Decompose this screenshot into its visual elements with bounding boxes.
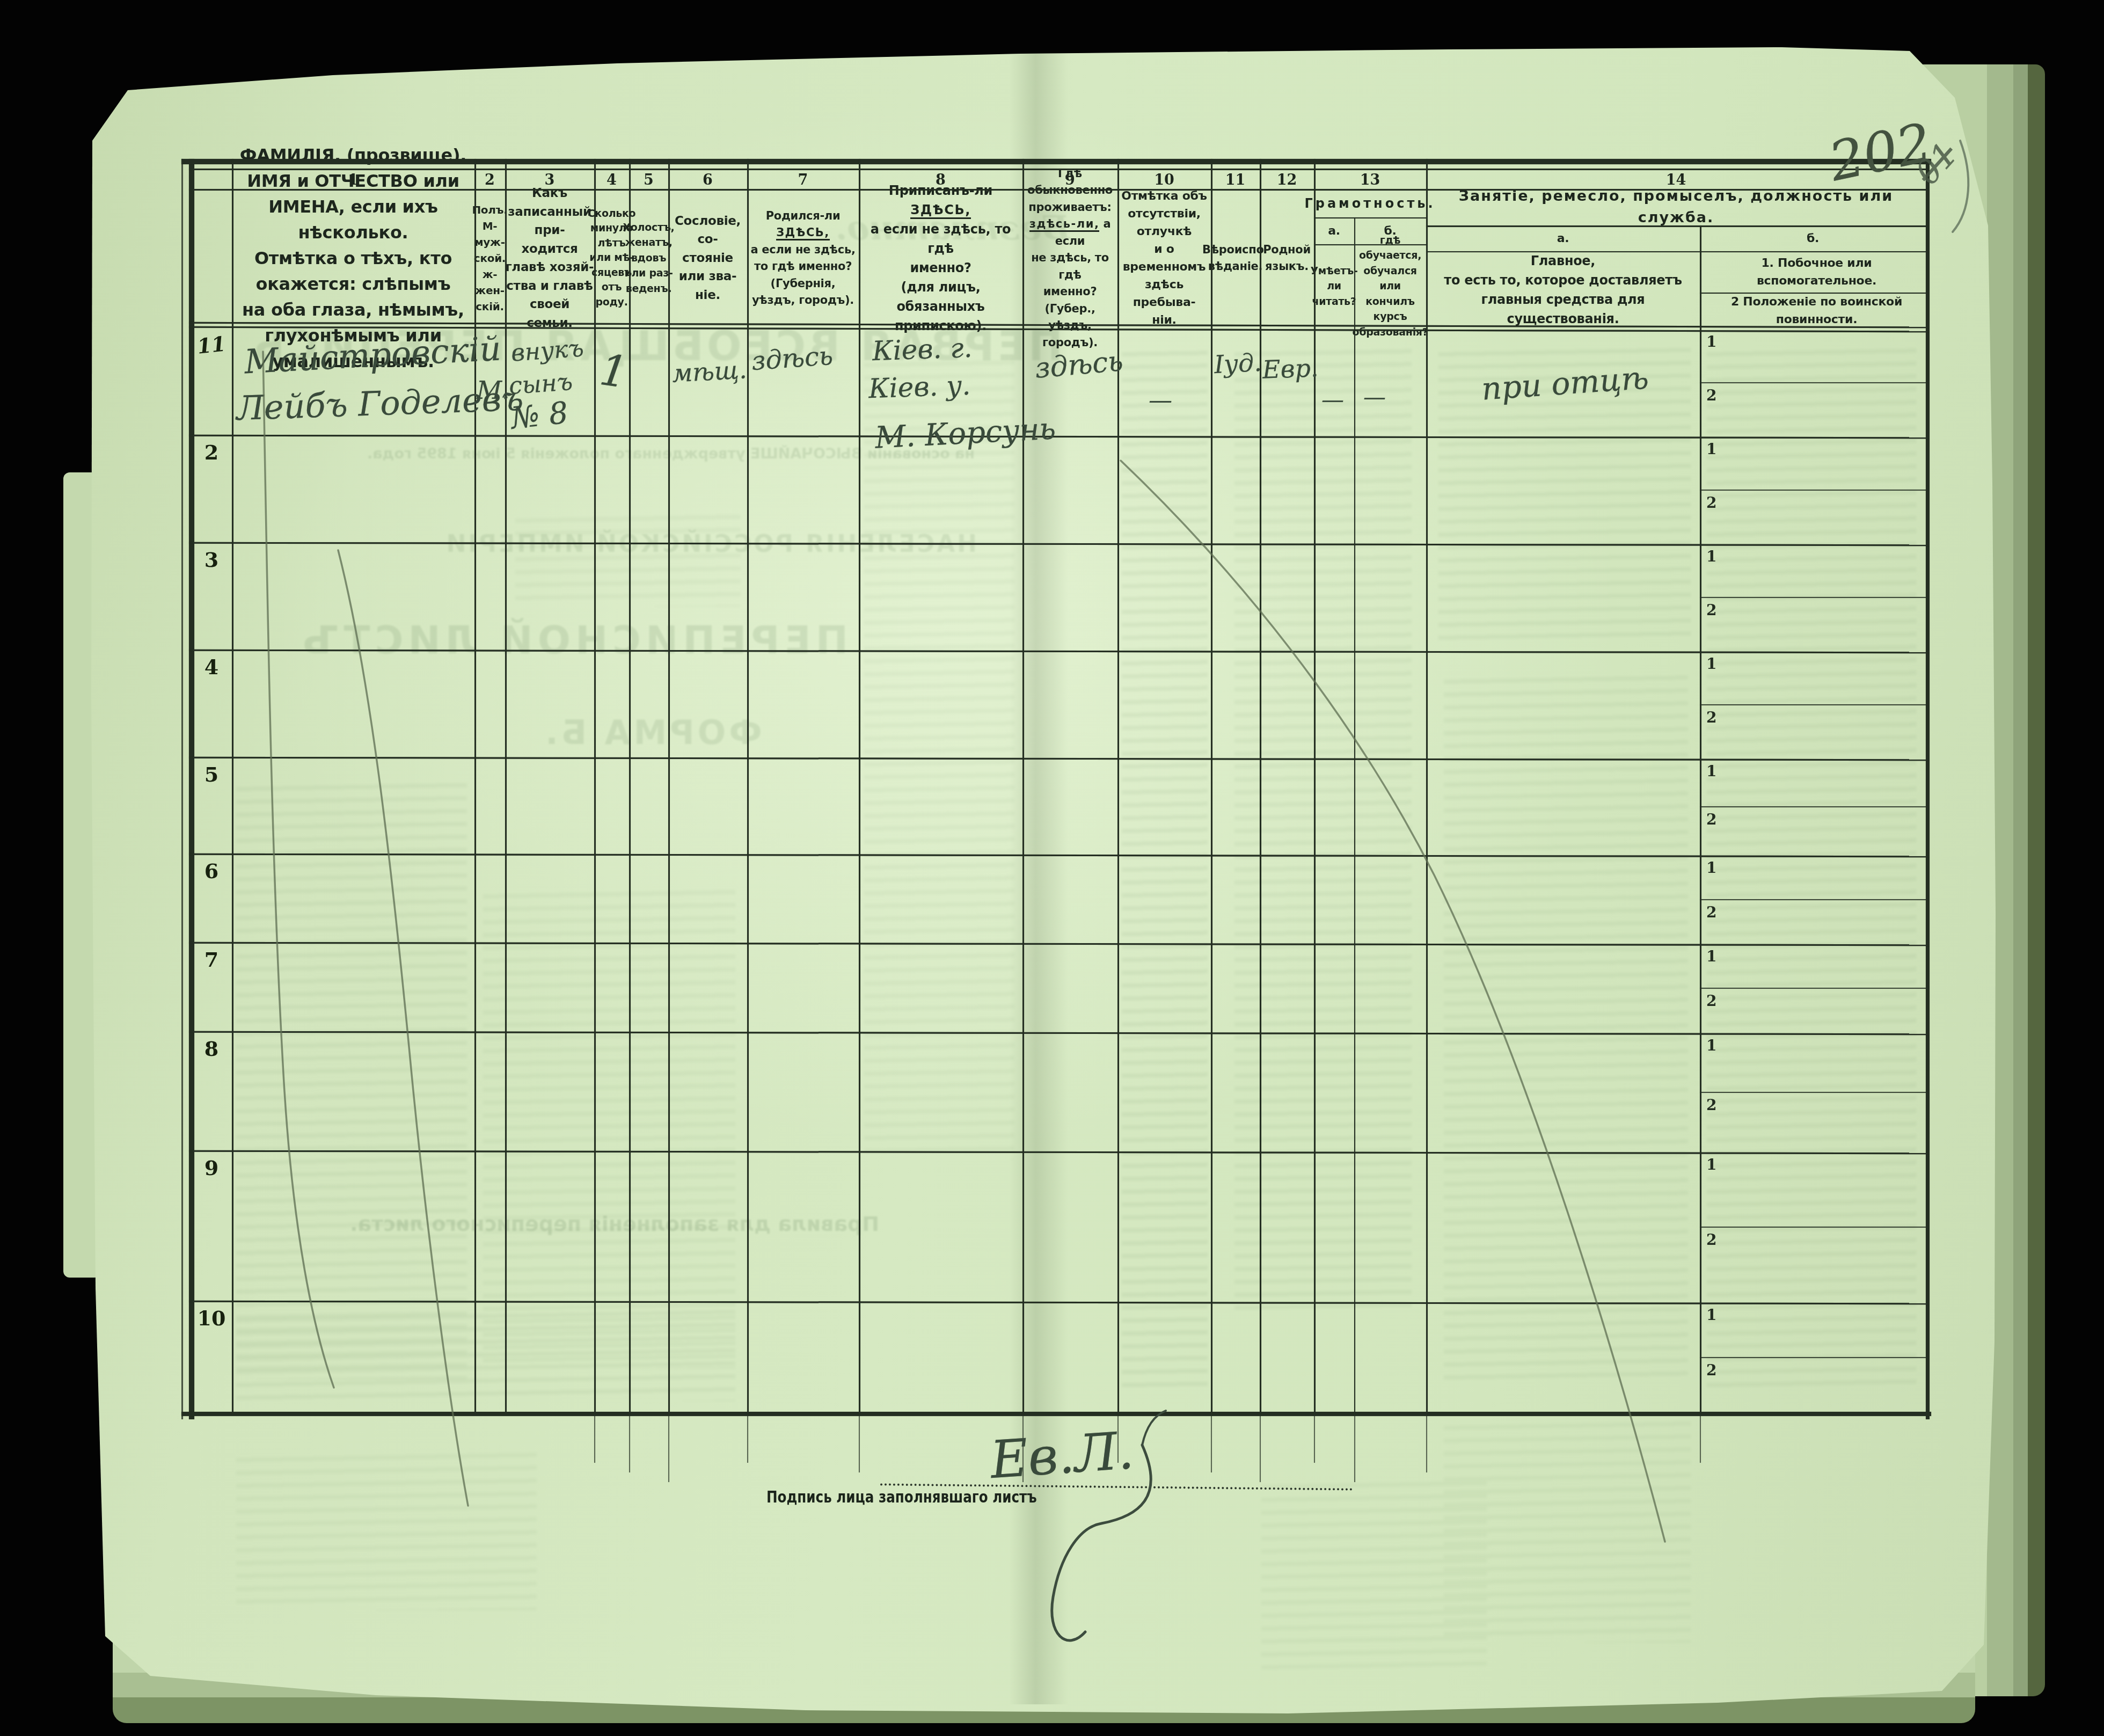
entry-birthplace: здѣсь [750, 341, 834, 376]
column-header-13a: Умѣетъ- ли читать? [1314, 244, 1354, 329]
column-header-8-underlined: ЗДѢСЬ, [910, 202, 971, 219]
grid-line [189, 169, 1929, 170]
subrow-label: 1 [1706, 947, 1728, 967]
scan-background: Безплатно. ПЕРВАЯ ВСЕОБЩАЯ ПЕРЕПИСЬ на о… [0, 0, 2104, 1736]
grid-line [594, 1412, 595, 1463]
subrow-label: 2 [1706, 601, 1728, 621]
entry-age: 1 [597, 345, 631, 398]
entry-absence-mark: — [1149, 386, 1172, 414]
subrow-label: 1 [1706, 440, 1728, 459]
grid-line [1700, 988, 1926, 989]
grid-line [1426, 251, 1926, 252]
column-number: 9 [1022, 172, 1117, 190]
bleed-list-title: ПЕРЕПИСНОЙ ЛИСТЪ [472, 617, 848, 662]
grid-line [1700, 597, 1926, 598]
signature-label: Подпись лица заполнявшаго листъ [766, 1488, 1037, 1507]
subrow-label: 1 [1706, 333, 1728, 352]
subrow-label: 1 [1706, 1037, 1728, 1056]
bleed-form-label: ФОРМА Б. [537, 713, 768, 752]
grid-line [1426, 225, 1926, 227]
row-number: 7 [194, 947, 229, 972]
grid-line [1426, 159, 1428, 1412]
subrow-label: 1 [1706, 1156, 1728, 1175]
bleed-paragraph [236, 778, 467, 1380]
grid-line [859, 159, 860, 1412]
grid-line [629, 159, 631, 1412]
bleed-paragraph [1122, 344, 1208, 1390]
grid-line [1700, 899, 1926, 900]
column-header-14b-label: б. [1700, 225, 1926, 251]
entry-relation-line1: внукъ [510, 334, 585, 367]
entry-relation-line3: № 8 [509, 396, 570, 436]
bleed-paragraph [1707, 344, 1916, 1390]
subrow-label: 2 [1706, 386, 1728, 406]
grid-line [1700, 1412, 1701, 1463]
grid-line [181, 159, 183, 1419]
subrow-label: 2 [1706, 1361, 1728, 1381]
grid-line [1926, 159, 1930, 1419]
column-header-7-rest: а если не здѣсь, то гдѣ именно? (Губерні… [750, 243, 855, 307]
column-number: 6 [668, 172, 747, 190]
entry-native-language: Евр. [1262, 353, 1319, 384]
grid-line [1260, 159, 1261, 1412]
entry-literacy-b-mark: — [1363, 384, 1386, 410]
grid-line [1314, 244, 1426, 245]
column-header-2: Полъ. М-муж- ской. ж-жен- скій. [474, 189, 505, 327]
bleed-paragraph [236, 1449, 537, 1610]
entry-residence: здѣсь [1034, 345, 1124, 385]
subrow-label: 2 [1706, 709, 1728, 728]
grid-line [232, 159, 233, 1412]
row-number: 3 [194, 548, 229, 572]
bleed-paragraph [1444, 1417, 1691, 1643]
grid-line [1700, 1092, 1926, 1093]
grid-line [1314, 159, 1316, 1412]
bleed-paragraph [483, 886, 735, 1369]
column-number: 3 [505, 172, 594, 190]
column-header-13a-label: а. [1314, 217, 1354, 244]
column-header-8: Приписанъ-ли ЗДѢСЬ, а если не здѣсь, то … [859, 189, 1022, 327]
row-number: 11 [193, 331, 230, 359]
bleed-paragraph [515, 510, 741, 607]
column-header-8-rest: а если не здѣсь, то гдѣ именно? (для лиц… [871, 222, 1011, 333]
row-number: 5 [194, 762, 229, 787]
subrow-label: 1 [1706, 762, 1728, 782]
grid-line [747, 159, 749, 1412]
column-header-11: Вѣроиспо- вѣданіе. [1211, 189, 1260, 327]
grid-line [747, 1412, 748, 1463]
subrow-label: 1 [1706, 1306, 1728, 1325]
column-number: 10 [1117, 172, 1211, 190]
subrow-label: 2 [1706, 811, 1728, 830]
entry-registration-line2: Кіев. у. [868, 370, 971, 405]
row-number: 9 [194, 1156, 229, 1180]
column-number: 7 [747, 172, 859, 190]
grid-line [1314, 1412, 1315, 1463]
row-number: 8 [194, 1037, 229, 1061]
column-number: 11 [1211, 172, 1260, 190]
column-header-14b1: 1. Побочное или вспомогательное. [1700, 251, 1926, 293]
column-header-13b: гдѣ обучается, обучался или кончилъ курс… [1354, 244, 1426, 329]
column-number: 1 [232, 172, 474, 190]
column-header-10: Отмѣтка объ отсутствіи, отлучкѣ и о врем… [1117, 189, 1211, 327]
column-header-7: Родился-ли ЗДѢСЬ, а если не здѣсь, то гд… [747, 189, 859, 327]
subrow-label: 2 [1706, 903, 1728, 923]
grid-line [1700, 225, 1701, 1412]
grid-line [1700, 382, 1926, 383]
column-header-7-underlined: ЗДѢСЬ, [776, 226, 830, 240]
column-number: 4 [594, 172, 629, 190]
grid-line [181, 1412, 1931, 1416]
column-header-6: Сословіе, со- стояніе или зва- ніе. [668, 189, 747, 327]
entry-religion: Іуд. [1214, 348, 1262, 380]
entry-sex: М. [477, 376, 510, 405]
grid-line [629, 1412, 630, 1472]
bleed-paragraph [236, 1310, 735, 1401]
row-number: 10 [194, 1306, 229, 1331]
grid-line [1426, 1412, 1427, 1472]
column-number: 2 [474, 172, 505, 190]
column-header-14-group: Занятіе, ремесло, промыселъ, должность и… [1426, 189, 1926, 225]
entry-registration-line1: Кіев. г. [872, 332, 973, 367]
entry-occupation: при отцѣ [1480, 359, 1650, 407]
column-header-14a: Главное, то есть то, которое доставляетъ… [1426, 251, 1700, 329]
grid-line [189, 159, 194, 1419]
grid-line [859, 1412, 860, 1472]
subrow-label: 1 [1706, 548, 1728, 567]
grid-line [1354, 217, 1355, 1412]
grid-line [181, 159, 1931, 164]
column-header-9: Гдѣ обыкновенно проживаетъ: здѣсь-ли, а … [1022, 189, 1117, 327]
grid-line [1314, 217, 1426, 218]
row-number: 4 [194, 655, 229, 680]
grid-line [668, 1412, 669, 1482]
bleed-paragraph [1261, 1476, 1487, 1669]
grid-line [1700, 704, 1926, 705]
column-header-3: Какъ записанный при- ходится главѣ хозяй… [505, 189, 594, 327]
grid-line [1022, 159, 1024, 1412]
subrow-label: 2 [1706, 1231, 1728, 1250]
grid-line [1211, 1412, 1212, 1472]
signature-handwriting: Ев.Л. [988, 1420, 1135, 1490]
column-header-5: Холостъ, женатъ, вдовъ или раз- веденъ. [629, 189, 668, 327]
subrow-label: 1 [1706, 655, 1728, 674]
census-sheet: Безплатно. ПЕРВАЯ ВСЕОБЩАЯ ПЕРЕПИСЬ на о… [0, 0, 2104, 1736]
bleed-paragraph [864, 354, 1014, 1159]
grid-line [505, 159, 507, 1412]
grid-line [1354, 1412, 1355, 1482]
column-number: 5 [629, 172, 668, 190]
grid-line [1700, 490, 1926, 491]
column-header-1: ФАМИЛІЯ, (прозвище), ИМЯ и ОТЧЕСТВО или … [234, 189, 472, 327]
column-number: 13 [1314, 172, 1426, 190]
grid-line [1700, 1357, 1926, 1358]
column-number: 12 [1260, 172, 1314, 190]
column-header-14b2: 2 Положеніе по воинской повинности. [1700, 293, 1926, 329]
row-number: 2 [194, 440, 229, 465]
entry-estate: мѣщ. [671, 355, 748, 388]
grid-line [1700, 1227, 1926, 1228]
subrow-label: 2 [1706, 494, 1728, 513]
subrow-label: 2 [1706, 1096, 1728, 1115]
column-number: 8 [859, 172, 1022, 190]
column-header-13-group: Грамотность. [1314, 189, 1426, 217]
grid-line [668, 159, 670, 1412]
subrow-label: 2 [1706, 992, 1728, 1011]
grid-line [1260, 1412, 1261, 1482]
grid-line [594, 159, 596, 1412]
column-header-9-underlined: здѣсь-ли, [1029, 217, 1100, 232]
column-header-14a-label: а. [1426, 225, 1700, 251]
subrow-label: 1 [1706, 859, 1728, 878]
grid-line [1211, 159, 1212, 1412]
grid-line [1700, 806, 1926, 807]
column-header-7-text: Родился-ли [766, 209, 841, 222]
bleed-rules-title: Правила для заполненія переписного листа… [322, 1212, 907, 1236]
bleed-paragraph [1444, 671, 1688, 1380]
row-number: 6 [194, 859, 229, 884]
entry-literacy-a-mark: — [1321, 386, 1344, 413]
grid-line [1700, 293, 1926, 294]
